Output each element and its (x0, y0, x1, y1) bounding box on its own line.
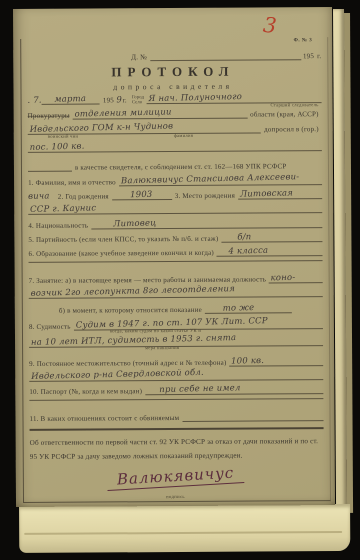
year-printed: 195 (103, 96, 114, 104)
village-label: Село (132, 99, 144, 104)
unit-blank: отделения милиции (73, 110, 247, 120)
field-birthplace-continuation: ССР г. Каунис (28, 204, 322, 215)
field-blank: 100 кв. (229, 357, 323, 367)
convictions-caption: когда, каким судом по какой статье УК и (110, 328, 201, 334)
day-handwritten: . 7. (27, 97, 42, 106)
birth-year-handwritten: 1903 (130, 191, 153, 201)
surname-caption: фамилия (174, 133, 193, 138)
year-handwritten: 9 (117, 96, 123, 105)
case-number-line: Д. № 195 г. (131, 52, 321, 61)
field-blank: 4 класса (217, 247, 323, 257)
penalty-caption: мера наказания (145, 345, 179, 350)
field-surname: 1. Фамилия, имя и отчество Валюкявичус С… (28, 176, 322, 187)
field-blank: 1903 (112, 191, 172, 200)
rank-caption: воинский чин (48, 134, 79, 139)
case-year: 195 (303, 52, 314, 60)
field-blank (182, 412, 323, 422)
field-label: 1. Фамилия, имя и отчество (28, 178, 116, 187)
passport-handwritten: при себе не имел (159, 384, 241, 395)
investigator-handwritten: Я нач. Полуночного (148, 93, 242, 104)
intro-place-line: пос. 100 кв. (28, 142, 322, 153)
month-handwritten: марта (55, 95, 87, 105)
occupation-handwritten: коно- (271, 274, 296, 284)
field-label: 10. Паспорт (№, когда и кем выдан) (29, 387, 142, 396)
nationality-handwritten: Литовец (113, 219, 156, 229)
protocol-form-page: 3 Ф. № 3 Д. № 195 г. ПРОТОКОЛ допроса св… (13, 7, 335, 507)
field-blank: Ивдельского р-на Свердловской обл. (29, 371, 323, 382)
field-label: 9. Постоянное местожительство (точный ад… (29, 359, 226, 368)
field-year-birthplace: вича 2. Год рождения 1903 3. Место рожде… (28, 190, 322, 201)
field-label: 8. Судимость (29, 323, 71, 331)
field-passport: 10. Паспорт (№, когда и кем выдан) при с… (29, 385, 323, 396)
education-handwritten: 4 класса (229, 247, 269, 257)
field-blank: возчик 2го лесопункта 8го лесоотделения (29, 288, 323, 299)
signature-row: Валюкявичус (16, 466, 335, 488)
field-occupation-continuation: возчик 2го лесопункта 8го лесоотделения (29, 288, 323, 299)
oblast-label: области (края, АССР) (250, 110, 319, 118)
form-code-label: Ф. № 3 (294, 38, 313, 43)
field-occupation-at-time: б) в момент, к которому относится показа… (59, 304, 292, 314)
residence-continuation-handwritten: Ивдельского р-на Свердловской обл. (31, 369, 204, 382)
field-residence-continuation: Ивдельского р-на Свердловской обл. (29, 371, 323, 382)
month-blank: марта (42, 95, 100, 104)
field-residence: 9. Постоянное местожительство (точный ад… (29, 357, 323, 368)
scanned-protocol-page: { "meta": { "red_page_number": "3", "for… (0, 0, 360, 560)
field-nationality: 4. Национальность Литовец (28, 219, 322, 230)
field-label: 4. Национальность (28, 222, 88, 230)
birthplace-continuation-handwritten: ССР г. Каунис (30, 204, 96, 215)
field-blank: Литовская (238, 190, 322, 200)
field-blank: при себе не имел (145, 385, 323, 395)
field-label: 5. Партийность (если член КПСС, то указа… (28, 235, 218, 244)
prokuratura-label: Прокуратуры (28, 112, 70, 120)
unit-handwritten: отделения милиции (75, 108, 172, 119)
case-number-label: Д. № (131, 53, 147, 61)
field-label: 2. Год рождения (58, 192, 109, 200)
field-label: б) в момент, к которому относится показа… (59, 306, 202, 315)
red-page-number: 3 (262, 13, 278, 38)
birthplace-handwritten: Литовская (240, 189, 293, 199)
field-education: 6. Образование (какое учебное заведение … (28, 247, 322, 258)
place-blank: пос. 100 кв. (28, 142, 322, 153)
page-stack-bottom (19, 504, 350, 553)
senior-investigator-caption: Старший следователь (270, 102, 318, 107)
field-label: 6. Образование (какое учебное заведение … (28, 249, 213, 258)
surname-handwritten: Валюкявичус Стансилова Алексееви- (121, 173, 300, 186)
page-title: ПРОТОКОЛ (13, 63, 332, 81)
field-blank: Валюкявичус Стансилова Алексееви- (119, 176, 322, 186)
residence-handwritten: 100 кв. (231, 357, 264, 367)
responsibility-warning: Об ответственности по первой части ст. 9… (30, 434, 322, 464)
witness-clause: в качестве свидетеля, с соблюдением ст. … (75, 162, 287, 171)
field-blank: ССР г. Каунис (28, 204, 322, 215)
doprosil-label: допросил в (гор.) (264, 125, 319, 133)
intro-unit-line: Прокуратуры отделения милиции области (к… (28, 109, 322, 120)
occupation-at-time-handwritten: то же (223, 304, 255, 314)
surname-continuation: вича (28, 192, 50, 202)
field-blank: то же (205, 304, 292, 314)
year-g: г. (123, 96, 127, 104)
field-label: 11. В каких отношениях состоит с обвиняе… (29, 414, 179, 423)
field-label: 3. Место рождения (175, 192, 235, 200)
field-relation: 11. В каких отношениях состоит с обвиняе… (29, 412, 323, 423)
field-blank: б/п (221, 233, 322, 243)
party-handwritten: б/п (237, 233, 251, 242)
field-party: 5. Партийность (если член КПСС, то указа… (28, 233, 322, 244)
city-village-labels: Город Село (132, 94, 144, 104)
field-blank: коно- (269, 274, 323, 283)
field-blank: Литовец (91, 219, 322, 229)
place-handwritten: пос. 100 кв. (30, 143, 85, 153)
case-year-suffix: г. (317, 52, 321, 60)
field-occupation: 7. Занятие: а) в настоящее время — место… (29, 274, 323, 285)
